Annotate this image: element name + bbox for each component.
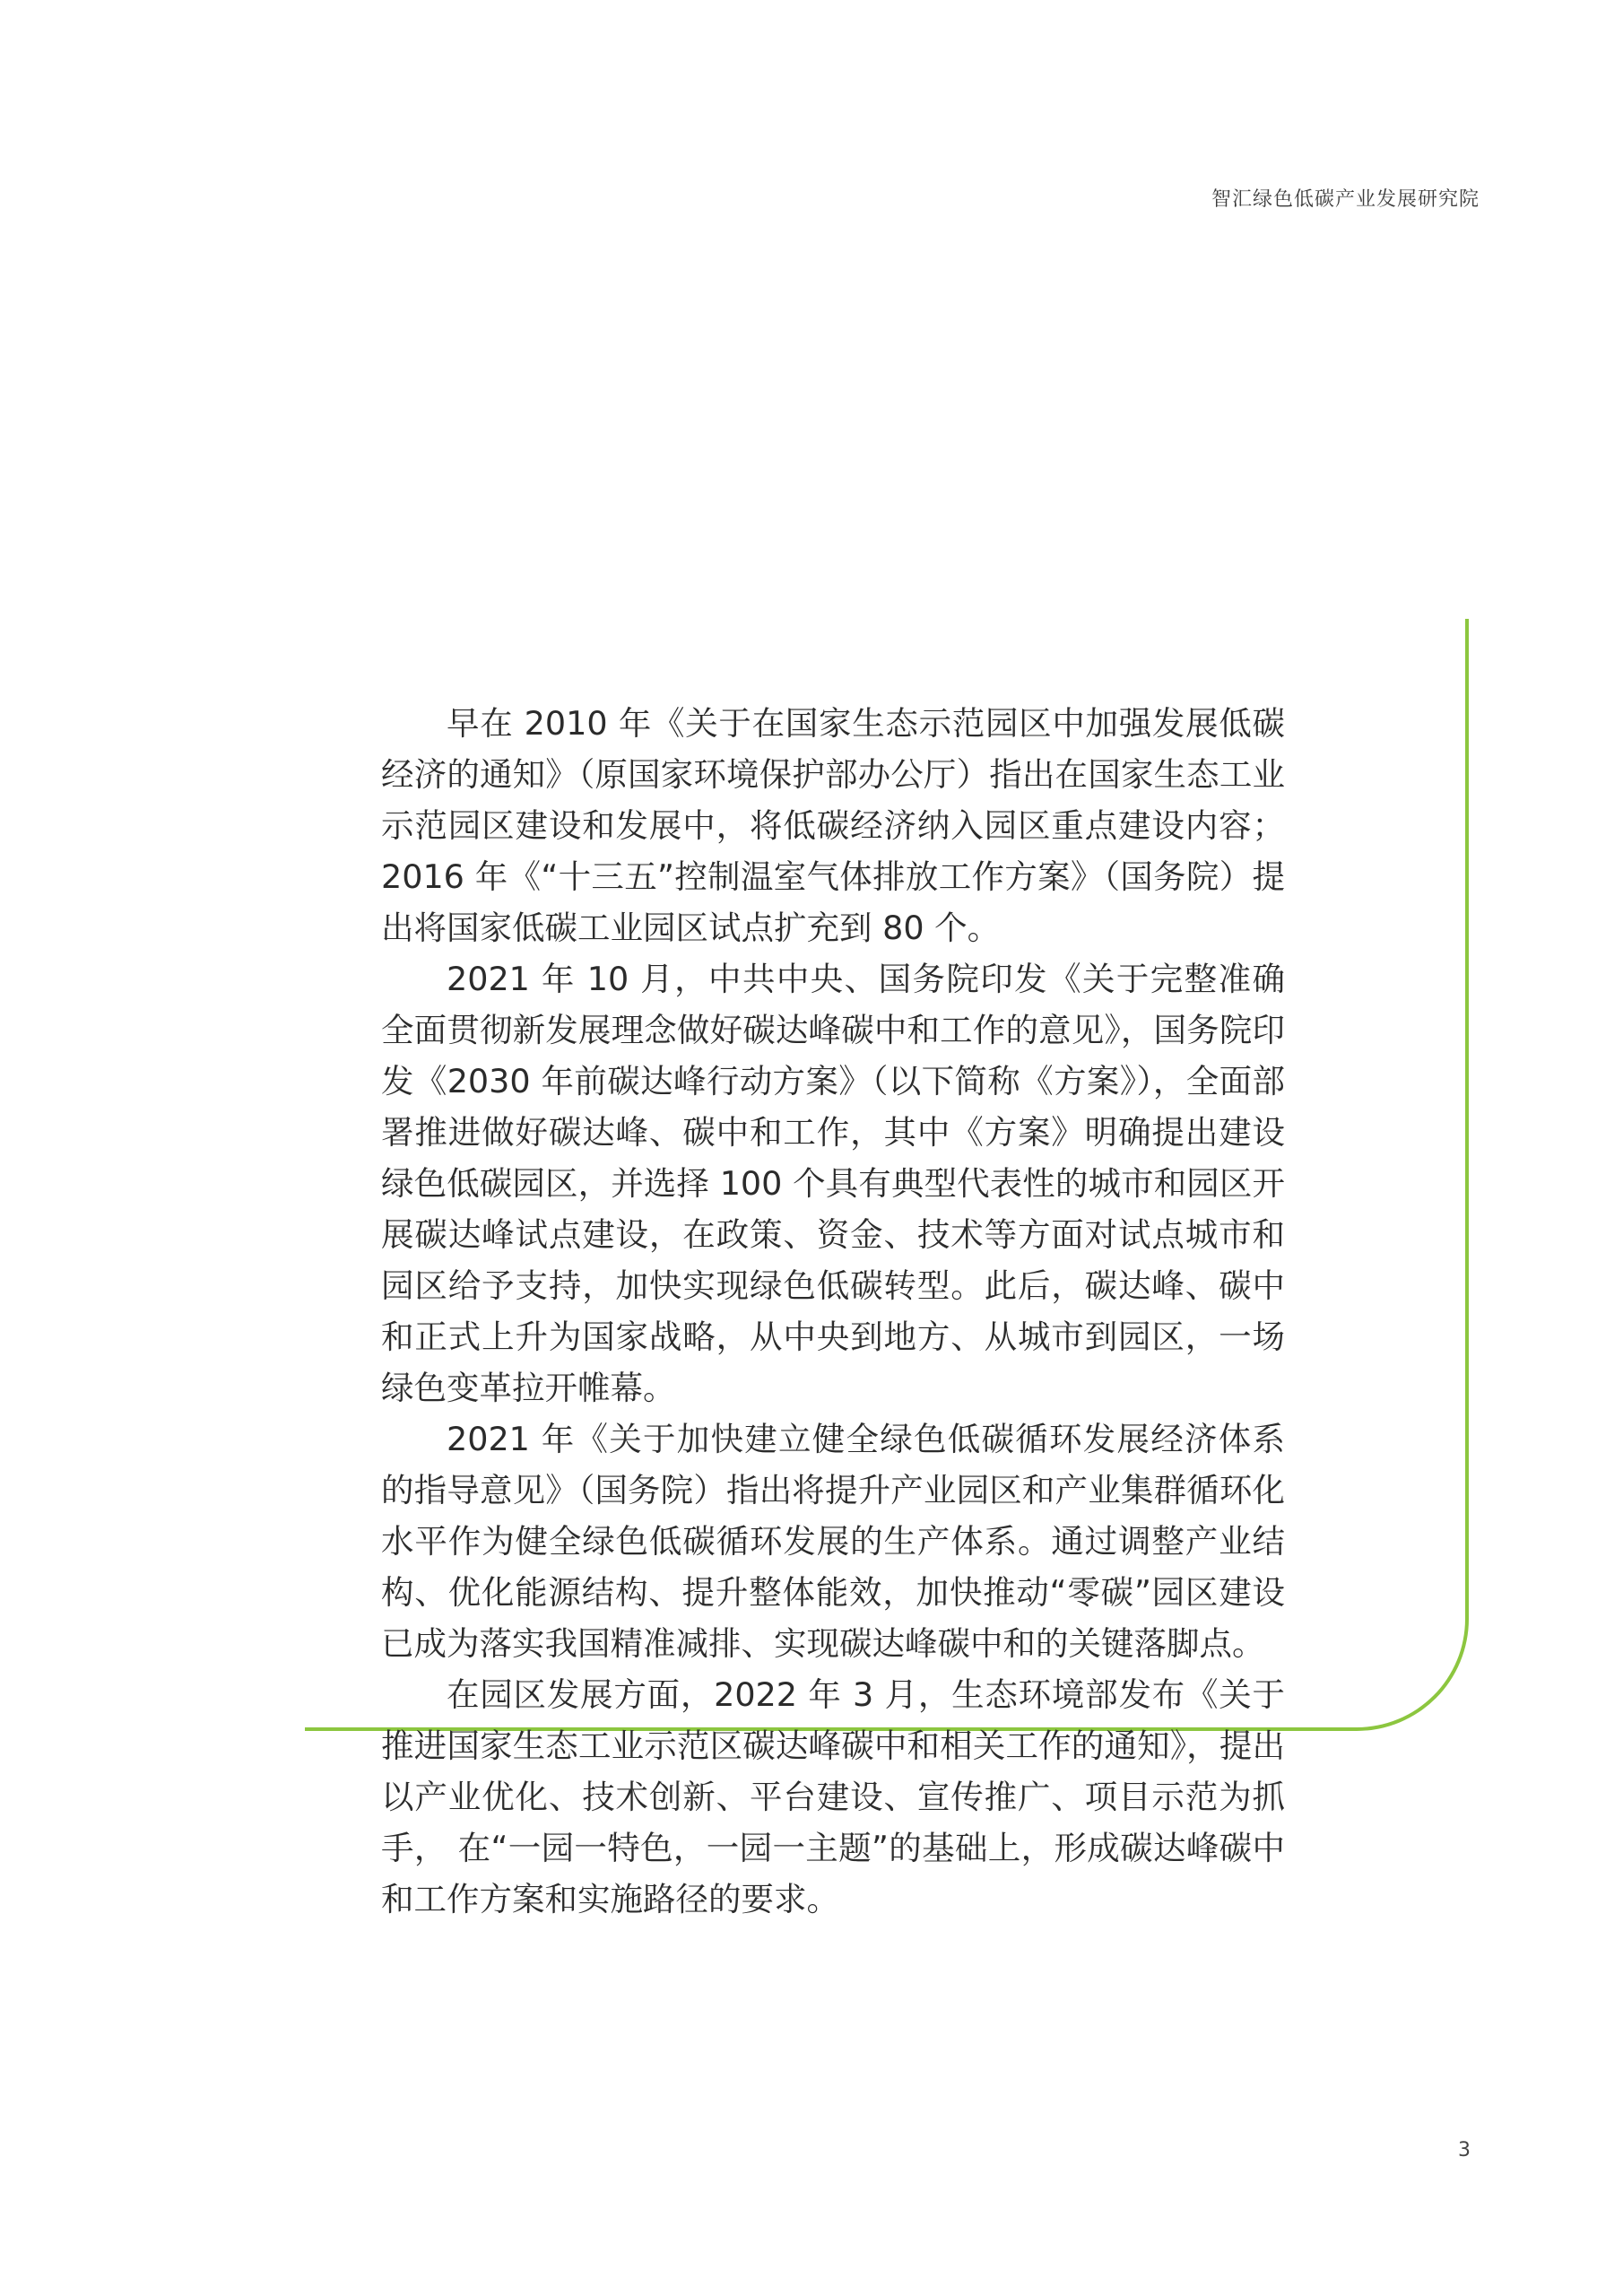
paragraph: 在园区发展方面，2022 年 3 月，生态环境部发布《关于推进国家生态工业示范区… bbox=[381, 1669, 1285, 1925]
page-number: 3 bbox=[1458, 2139, 1471, 2161]
paragraph: 早在 2010 年《关于在国家生态示范园区中加强发展低碳经济的通知》（原国家环境… bbox=[381, 698, 1285, 953]
paragraph: 2021 年 10 月，中共中央、国务院印发《关于完整准确全面贯彻新发展理念做好… bbox=[381, 953, 1285, 1413]
paragraph: 2021 年《关于加快建立健全绿色低碳循环发展经济体系的指导意见》（国务院）指出… bbox=[381, 1413, 1285, 1669]
header-organization-name: 智汇绿色低碳产业发展研究院 bbox=[1211, 184, 1480, 212]
body-text: 早在 2010 年《关于在国家生态示范园区中加强发展低碳经济的通知》（原国家环境… bbox=[381, 698, 1285, 1925]
